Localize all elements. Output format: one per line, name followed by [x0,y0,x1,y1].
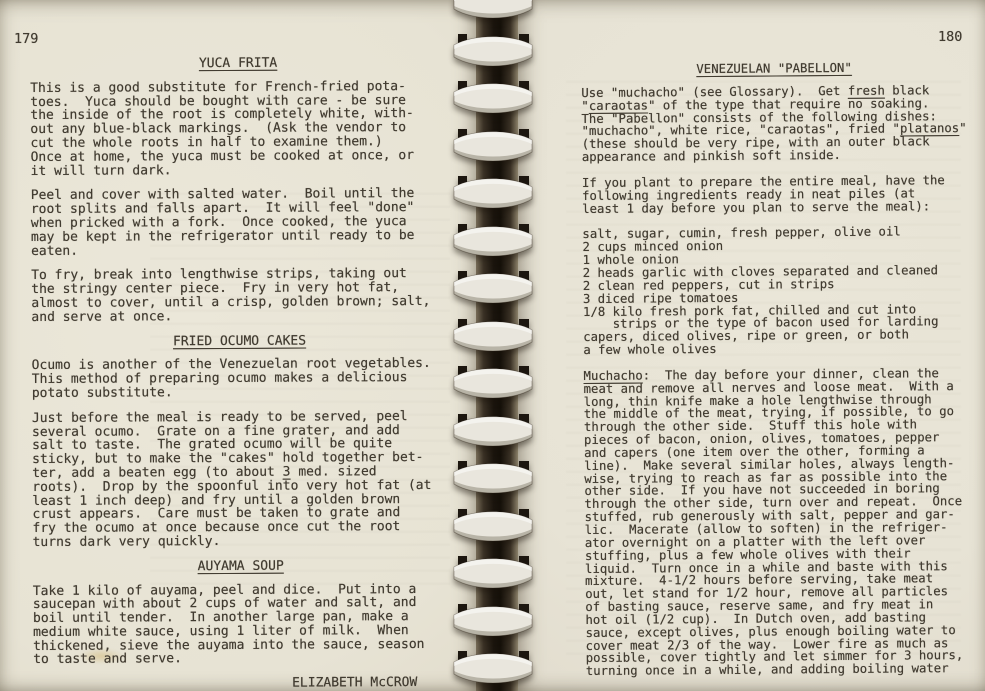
right-page-content: VENEZUELAN "PABELLON"Use "muchacho" (see… [581,53,972,691]
page-number-left: 179 [14,31,38,47]
recipe-heading: AUYAMA SOUP [33,559,449,575]
paragraph: Ocumo is another of the Venezuelan root … [32,357,448,401]
left-page-content: YUCA FRITAThis is a good substitute for … [30,48,449,691]
ingredient-list: salt, sugar, cumin, fresh pepper, olive … [582,225,969,356]
paragraph: This is a good substitute for French-fri… [30,80,447,179]
paragraph: Just before the meal is ready to be serv… [32,410,449,550]
paragraph: Muchacho: The day before your dinner, cl… [583,367,971,678]
paragraph: Take 1 kilo of auyama, peel and dice. Pu… [33,582,449,667]
author-signature: ELIZABETH McCROW [33,676,449,691]
paragraph: If you plant to prepare the entire meal,… [582,174,968,216]
page-right: 180 VENEZUELAN "PABELLON"Use "muchacho" … [511,0,985,691]
page-left: 179 YUCA FRITAThis is a good substitute … [0,0,483,691]
recipe-heading: VENEZUELAN "PABELLON" [581,61,967,77]
recipe-heading: FRIED OCUMO CAKES [31,333,447,349]
paragraph: To fry, break into lengthwise strips, ta… [31,267,447,324]
paragraph: Peel and cover with salted water. Boil u… [31,187,447,258]
cookbook-scan: 179 YUCA FRITAThis is a good substitute … [0,0,985,691]
page-number-right: 180 [938,29,962,45]
binding-gap [476,0,518,691]
paragraph: Use "muchacho" (see Glossary). Get fresh… [581,84,968,164]
recipe-heading: YUCA FRITA [30,56,446,72]
